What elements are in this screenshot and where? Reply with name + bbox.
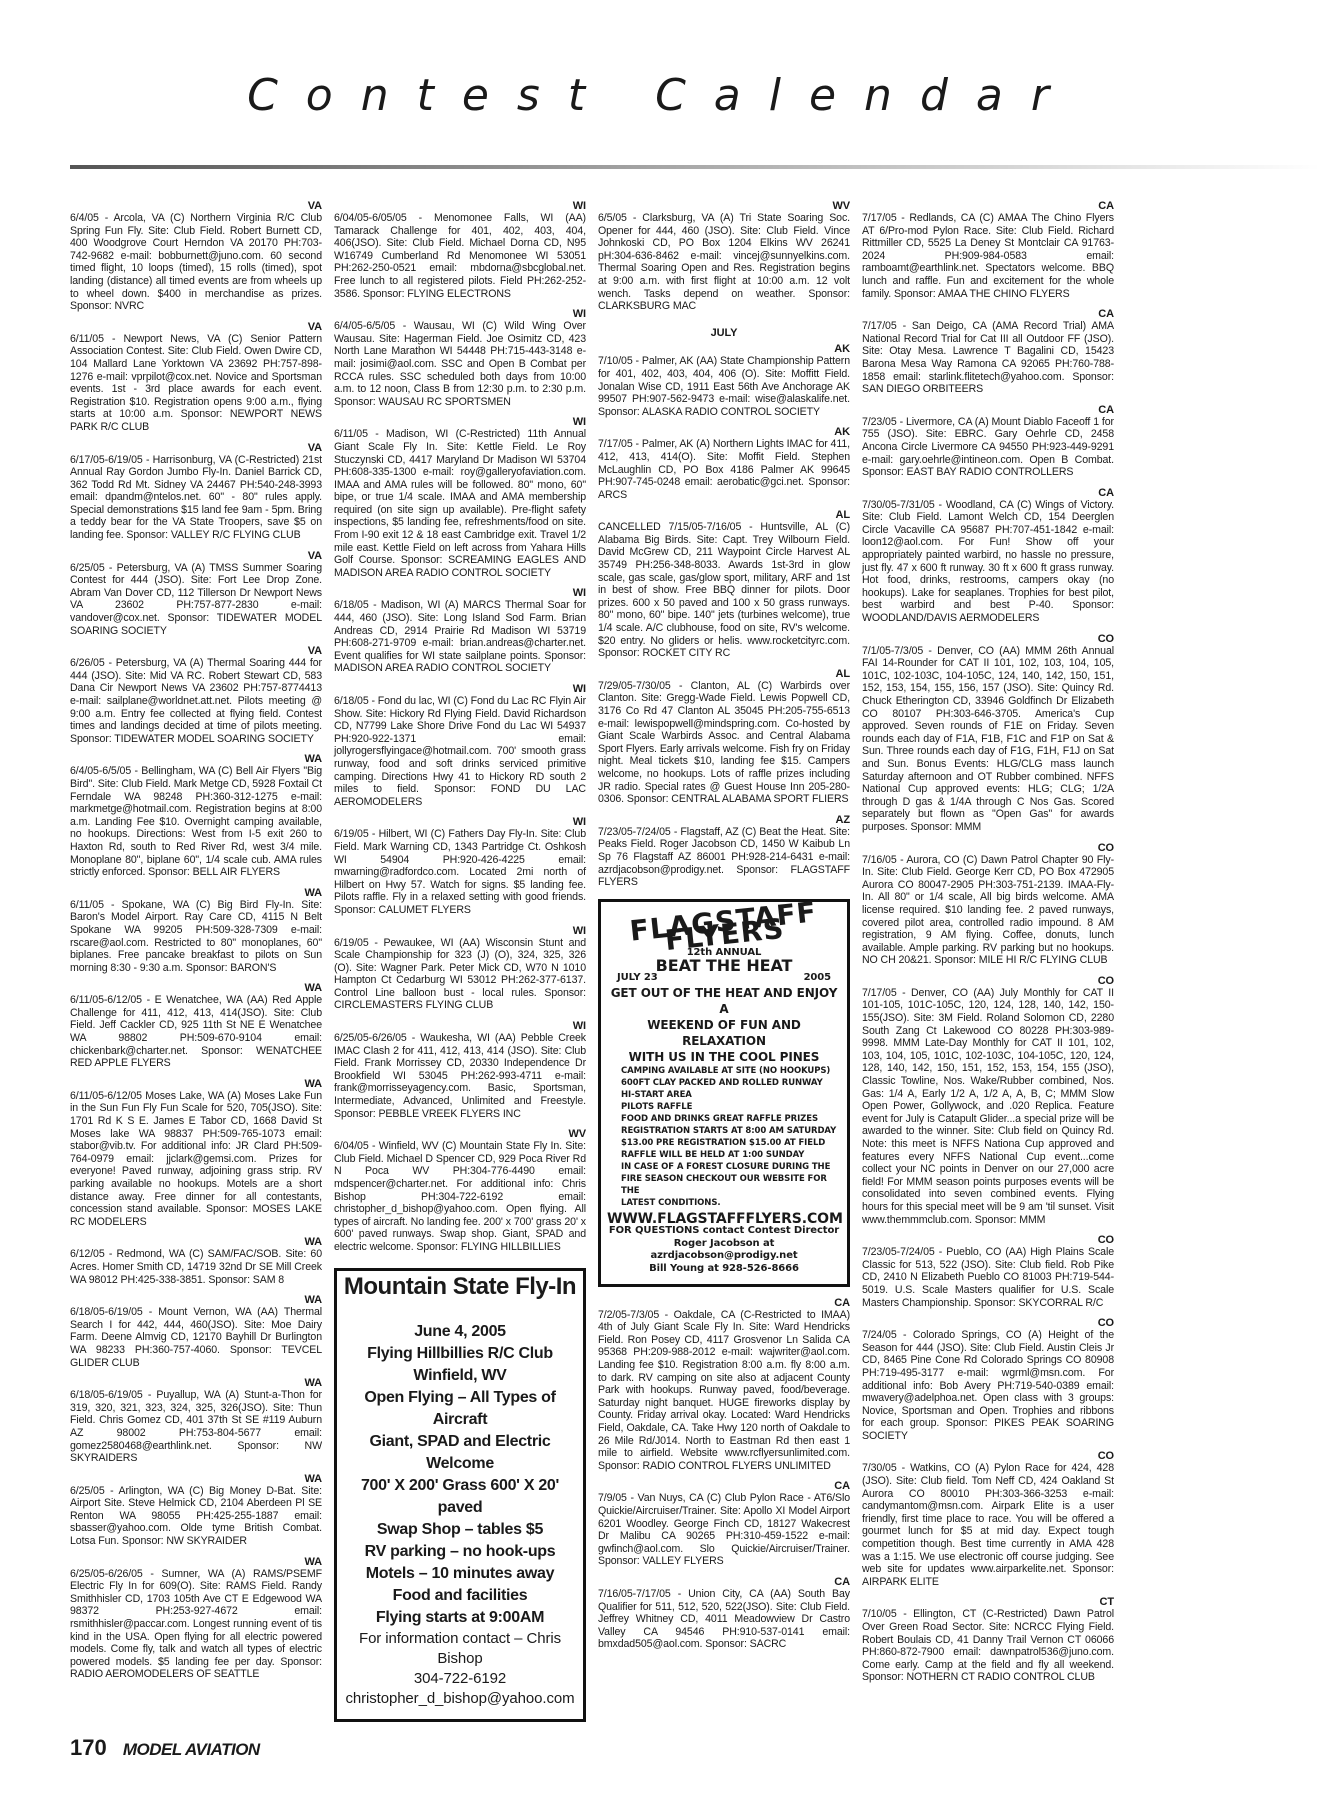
entry-text: 6/4/05 - Arcola, VA (C) Northern Virgini… — [70, 212, 322, 313]
entry-text: 6/25/05 - Petersburg, VA (A) TMSS Summer… — [70, 562, 322, 638]
calendar-entry: CA7/17/05 - San Deigo, CA (AMA Record Tr… — [862, 308, 1114, 396]
calendar-entry: WI6/04/05-6/05/05 - Menomonee Falls, WI … — [334, 200, 586, 300]
ad-headline: BEAT THE HEAT — [607, 960, 841, 973]
ad-small-line: IN CASE OF A FOREST CLOSURE DURING THE — [607, 1161, 841, 1173]
state-label: CA — [862, 308, 1114, 320]
calendar-entry: AK7/17/05 - Palmer, AK (A) Northern Ligh… — [598, 426, 850, 501]
calendar-entry: WA6/18/05-6/19/05 - Mount Vernon, WA (AA… — [70, 1294, 322, 1369]
ad-questions: FOR QUESTIONS contact Contest Director — [607, 1225, 841, 1238]
entry-text: 6/04/05 - Winfield, WV (C) Mountain Stat… — [334, 1140, 586, 1253]
entry-text: 6/11/05 - Madison, WI (C-Restricted) 11t… — [334, 428, 586, 579]
state-label: CO — [862, 1450, 1114, 1462]
column-4: CA7/17/05 - Redlands, CA (C) AMAA The Ch… — [862, 200, 1114, 1722]
calendar-entry: WI6/18/05 - Madison, WI (A) MARCS Therma… — [334, 587, 586, 675]
calendar-entry: WA6/25/05 - Arlington, WA (C) Big Money … — [70, 1473, 322, 1548]
ad-small-line: FOOD AND DRINKS GREAT RAFFLE PRIZES — [607, 1113, 841, 1125]
calendar-entry: CA7/17/05 - Redlands, CA (C) AMAA The Ch… — [862, 200, 1114, 300]
calendar-entry: WI6/4/05-6/5/05 - Wausau, WI (C) Wild Wi… — [334, 308, 586, 408]
ad-line: Flying starts at 9:00AM — [343, 1607, 577, 1629]
ad-small-line: CAMPING AVAILABLE AT SITE (NO HOOKUPS) — [607, 1065, 841, 1077]
state-label: CA — [862, 404, 1114, 416]
entry-text: 7/30/05-7/31/05 - Woodland, CA (C) Wings… — [862, 499, 1114, 625]
state-label: CA — [862, 200, 1114, 212]
entry-text: 6/4/05-6/5/05 - Bellingham, WA (C) Bell … — [70, 765, 322, 878]
ad-url[interactable]: WWW.FLAGSTAFFFLYERS.COM — [607, 1213, 841, 1226]
state-label: VA — [70, 321, 322, 333]
calendar-entry: CO7/1/05-7/3/05 - Denver, CO (AA) MMM 26… — [862, 633, 1114, 834]
calendar-entry: VA6/25/05 - Petersburg, VA (A) TMSS Summ… — [70, 550, 322, 638]
state-label: WA — [70, 1473, 322, 1485]
calendar-entry: CO7/23/05-7/24/05 - Pueblo, CO (AA) High… — [862, 1234, 1114, 1309]
calendar-entry: WI6/19/05 - Hilbert, WI (C) Fathers Day … — [334, 816, 586, 916]
state-label: CT — [862, 1596, 1114, 1608]
state-label: CA — [598, 1480, 850, 1492]
state-label: VA — [70, 550, 322, 562]
state-label: WA — [70, 887, 322, 899]
state-label: VA — [70, 442, 322, 454]
ad-line: Swap Shop – tables $5 — [343, 1519, 577, 1541]
ad-line: June 4, 2005 — [343, 1321, 577, 1343]
calendar-entry: VA6/11/05 - Newport News, VA (C) Senior … — [70, 321, 322, 434]
page-footer: 170 MODEL AVIATION — [70, 1735, 260, 1761]
entry-text: 6/4/05-6/5/05 - Wausau, WI (C) Wild Wing… — [334, 320, 586, 408]
state-label: WA — [70, 753, 322, 765]
calendar-entry: CO7/30/05 - Watkins, CO (A) Pylon Race f… — [862, 1450, 1114, 1588]
ad-small-line: 600FT CLAY PACKED AND ROLLED RUNWAY — [607, 1077, 841, 1089]
ad-big-line: WITH US IN THE COOL PINES — [607, 1049, 841, 1065]
entry-text: 6/17/05-6/19/05 - Harrisonburg, VA (C-Re… — [70, 454, 322, 542]
entry-text: 6/11/05 - Spokane, WA (C) Big Bird Fly-I… — [70, 899, 322, 975]
magazine-name: MODEL AVIATION — [123, 1740, 260, 1759]
state-label: CA — [862, 487, 1114, 499]
column-2: WI6/04/05-6/05/05 - Menomonee Falls, WI … — [334, 200, 586, 1722]
entry-text: 6/18/05-6/19/05 - Mount Vernon, WA (AA) … — [70, 1306, 322, 1369]
entry-text: 7/17/05 - San Deigo, CA (AMA Record Tria… — [862, 320, 1114, 396]
page-title: Contest Calendar — [0, 70, 1324, 121]
ad-contact-2: Bill Young at 928-526-8666 — [607, 1263, 841, 1276]
ad-contact: For information contact – Chris Bishop — [343, 1629, 577, 1669]
calendar-entry: WI6/19/05 - Pewaukee, WI (AA) Wisconsin … — [334, 925, 586, 1013]
ad-big-line: GET OUT OF THE HEAT AND ENJOY A — [607, 985, 841, 1017]
ad-line: RV parking – no hook-ups — [343, 1541, 577, 1563]
state-label: CO — [862, 1234, 1114, 1246]
state-label: CO — [862, 1317, 1114, 1329]
state-label: WI — [334, 683, 586, 695]
ad-small-line: FIRE SEASON CHECKOUT OUR WEBSITE FOR THE — [607, 1173, 841, 1197]
calendar-entry: WV6/04/05 - Winfield, WV (C) Mountain St… — [334, 1128, 586, 1253]
state-label: AK — [598, 426, 850, 438]
ad-contact-1: Roger Jacobson at azrdjacobson@prodigy.n… — [607, 1238, 841, 1263]
entry-text: 6/5/05 - Clarksburg, VA (A) Tri State So… — [598, 212, 850, 313]
entry-text: 7/30/05 - Watkins, CO (A) Pylon Race for… — [862, 1462, 1114, 1588]
ad-line: Open Flying – All Types of Aircraft — [343, 1387, 577, 1431]
ad-small-line: $13.00 PRE REGISTRATION $15.00 AT FIELD — [607, 1137, 841, 1149]
ad-line: Winfield, WV — [343, 1365, 577, 1387]
calendar-entry: WI6/11/05 - Madison, WI (C-Restricted) 1… — [334, 416, 586, 579]
calendar-entry: VA6/26/05 - Petersburg, VA (A) Thermal S… — [70, 645, 322, 745]
calendar-entry: WA6/25/05-6/26/05 - Sumner, WA (A) RAMS/… — [70, 1556, 322, 1681]
ad-small-line: RAFFLE WILL BE HELD AT 1:00 SUNDAY — [607, 1149, 841, 1161]
entry-text: 6/25/05 - Arlington, WA (C) Big Money D-… — [70, 1485, 322, 1548]
calendar-entry: AZ7/23/05-7/24/05 - Flagstaff, AZ (C) Be… — [598, 814, 850, 889]
entry-text: 6/25/05-6/26/05 - Waukesha, WI (AA) Pebb… — [334, 1032, 586, 1120]
mountain-state-ad: Mountain State Fly-InJune 4, 2005Flying … — [334, 1268, 586, 1723]
entry-text: 7/16/05-7/17/05 - Union City, CA (AA) So… — [598, 1588, 850, 1651]
ad-small-line: LATEST CONDITIONS. — [607, 1197, 841, 1209]
calendar-entry: AL7/29/05-7/30/05 - Clanton, AL (C) Warb… — [598, 668, 850, 806]
entry-text: 6/18/05 - Fond du lac, WI (C) Fond du La… — [334, 695, 586, 808]
entry-text: 7/17/05 - Redlands, CA (C) AMAA The Chin… — [862, 212, 1114, 300]
ad-line: 700' X 200' Grass 600' X 20' paved — [343, 1475, 577, 1519]
entry-text: 6/11/05 - Newport News, VA (C) Senior Pa… — [70, 333, 322, 434]
page-number: 170 — [70, 1735, 107, 1760]
calendar-entry: WA6/4/05-6/5/05 - Bellingham, WA (C) Bel… — [70, 753, 322, 878]
ad-brand: FLAGSTAFF FLYERS — [606, 904, 841, 954]
calendar-entry: WA6/18/05-6/19/05 - Puyallup, WA (A) Stu… — [70, 1377, 322, 1465]
entry-text: 7/9/05 - Van Nuys, CA (C) Club Pylon Rac… — [598, 1492, 850, 1568]
calendar-columns: VA6/4/05 - Arcola, VA (C) Northern Virgi… — [70, 200, 1320, 1722]
state-label: CA — [598, 1297, 850, 1309]
state-label: WI — [334, 587, 586, 599]
ad-small-line: PILOTS RAFFLE — [607, 1101, 841, 1113]
ad-date-right: 2005 — [804, 972, 831, 985]
state-label: WI — [334, 200, 586, 212]
calendar-entry: VA6/17/05-6/19/05 - Harrisonburg, VA (C-… — [70, 442, 322, 542]
state-label: CA — [598, 1576, 850, 1588]
entry-text: 7/23/05-7/24/05 - Pueblo, CO (AA) High P… — [862, 1246, 1114, 1309]
ad-big-line: WEEKEND OF FUN AND RELAXATION — [607, 1017, 841, 1049]
calendar-entry: WI6/25/05-6/26/05 - Waukesha, WI (AA) Pe… — [334, 1020, 586, 1120]
entry-text: 6/19/05 - Hilbert, WI (C) Fathers Day Fl… — [334, 828, 586, 916]
calendar-entry: WA6/11/05-6/12/05 Moses Lake, WA (A) Mos… — [70, 1078, 322, 1229]
state-label: AK — [598, 343, 850, 355]
entry-text: 6/19/05 - Pewaukee, WI (AA) Wisconsin St… — [334, 937, 586, 1013]
state-label: AL — [598, 509, 850, 521]
state-label: WI — [334, 1020, 586, 1032]
calendar-entry: CA7/16/05-7/17/05 - Union City, CA (AA) … — [598, 1576, 850, 1651]
calendar-entry: WI6/18/05 - Fond du lac, WI (C) Fond du … — [334, 683, 586, 808]
state-label: WA — [70, 1556, 322, 1568]
calendar-entry: ALCANCELLED 7/15/05-7/16/05 - Huntsville… — [598, 509, 850, 660]
entry-text: 7/10/05 - Ellington, CT (C-Restricted) D… — [862, 1608, 1114, 1684]
state-label: AZ — [598, 814, 850, 826]
state-label: WA — [70, 982, 322, 994]
ad-date-left: JULY 23 — [617, 972, 658, 985]
calendar-entry: WV6/5/05 - Clarksburg, VA (A) Tri State … — [598, 200, 850, 313]
entry-text: 6/11/05-6/12/05 - E Wenatchee, WA (AA) R… — [70, 994, 322, 1070]
calendar-entry: WA6/11/05-6/12/05 - E Wenatchee, WA (AA)… — [70, 982, 322, 1070]
state-label: AL — [598, 668, 850, 680]
entry-text: 6/18/05-6/19/05 - Puyallup, WA (A) Stunt… — [70, 1389, 322, 1465]
entry-text: 6/25/05-6/26/05 - Sumner, WA (A) RAMS/PS… — [70, 1568, 322, 1681]
calendar-entry: CO7/17/05 - Denver, CO (AA) July Monthly… — [862, 975, 1114, 1226]
calendar-entry: WA6/11/05 - Spokane, WA (C) Big Bird Fly… — [70, 887, 322, 975]
entry-text: 7/23/05 - Livermore, CA (A) Mount Diablo… — [862, 416, 1114, 479]
entry-text: 7/23/05-7/24/05 - Flagstaff, AZ (C) Beat… — [598, 826, 850, 889]
entry-text: 7/10/05 - Palmer, AK (AA) State Champion… — [598, 355, 850, 418]
entry-text: 6/26/05 - Petersburg, VA (A) Thermal Soa… — [70, 657, 322, 745]
calendar-entry: CA7/2/05-7/3/05 - Oakdale, CA (C-Restric… — [598, 1297, 850, 1473]
calendar-entry: CA7/30/05-7/31/05 - Woodland, CA (C) Win… — [862, 487, 1114, 625]
state-label: WI — [334, 308, 586, 320]
entry-text: 7/16/05 - Aurora, CO (C) Dawn Patrol Cha… — [862, 854, 1114, 967]
entry-text: 6/04/05-6/05/05 - Menomonee Falls, WI (A… — [334, 212, 586, 300]
state-label: CO — [862, 975, 1114, 987]
ad-small-line: REGISTRATION STARTS AT 8:00 AM SATURDAY — [607, 1125, 841, 1137]
calendar-entry: CA7/9/05 - Van Nuys, CA (C) Club Pylon R… — [598, 1480, 850, 1568]
state-label: VA — [70, 200, 322, 212]
ad-headline: Mountain State Fly-In — [343, 1281, 577, 1294]
ad-phone: 304-722-6192 — [343, 1669, 577, 1689]
calendar-entry: VA6/4/05 - Arcola, VA (C) Northern Virgi… — [70, 200, 322, 313]
ad-email[interactable]: christopher_d_bishop@yahoo.com — [343, 1689, 577, 1709]
ad-line: Motels – 10 minutes away — [343, 1563, 577, 1585]
entry-text: CANCELLED 7/15/05-7/16/05 - Huntsville, … — [598, 521, 850, 660]
ad-line: Giant, SPAD and Electric Welcome — [343, 1431, 577, 1475]
state-label: WI — [334, 416, 586, 428]
column-3: WV6/5/05 - Clarksburg, VA (A) Tri State … — [598, 200, 850, 1722]
state-label: WA — [70, 1377, 322, 1389]
state-label: WA — [70, 1078, 322, 1090]
ad-line: Food and facilities — [343, 1585, 577, 1607]
entry-text: 7/2/05-7/3/05 - Oakdale, CA (C-Restricte… — [598, 1309, 850, 1473]
state-label: WI — [334, 925, 586, 937]
entry-text: 6/11/05-6/12/05 Moses Lake, WA (A) Moses… — [70, 1090, 322, 1229]
entry-text: 7/29/05-7/30/05 - Clanton, AL (C) Warbir… — [598, 680, 850, 806]
state-label: WI — [334, 816, 586, 828]
calendar-entry: CO7/16/05 - Aurora, CO (C) Dawn Patrol C… — [862, 842, 1114, 967]
state-label: CO — [862, 842, 1114, 854]
calendar-entry: WA6/12/05 - Redmond, WA (C) SAM/FAC/SOB.… — [70, 1236, 322, 1286]
calendar-entry: AK7/10/05 - Palmer, AK (AA) State Champi… — [598, 343, 850, 418]
entry-text: 7/17/05 - Palmer, AK (A) Northern Lights… — [598, 438, 850, 501]
calendar-entry: CT7/10/05 - Ellington, CT (C-Restricted)… — [862, 1596, 1114, 1684]
ad-small-line: HI-START AREA — [607, 1089, 841, 1101]
calendar-entry: CO7/24/05 - Colorado Springs, CO (A) Hei… — [862, 1317, 1114, 1442]
title-divider — [70, 165, 1320, 169]
entry-text: 6/18/05 - Madison, WI (A) MARCS Thermal … — [334, 599, 586, 675]
entry-text: 7/17/05 - Denver, CO (AA) July Monthly f… — [862, 987, 1114, 1226]
entry-text: 7/24/05 - Colorado Springs, CO (A) Heigh… — [862, 1329, 1114, 1442]
column-1: VA6/4/05 - Arcola, VA (C) Northern Virgi… — [70, 200, 322, 1722]
flagstaff-flyers-ad: FLAGSTAFF FLYERS12th ANNUALBEAT THE HEAT… — [598, 899, 850, 1287]
state-label: VA — [70, 645, 322, 657]
state-label: WA — [70, 1294, 322, 1306]
state-label: WV — [598, 200, 850, 212]
entry-text: 7/1/05-7/3/05 - Denver, CO (AA) MMM 26th… — [862, 645, 1114, 834]
month-heading: JULY — [598, 327, 850, 340]
state-label: WA — [70, 1236, 322, 1248]
ad-line: Flying Hillbillies R/C Club — [343, 1343, 577, 1365]
state-label: WV — [334, 1128, 586, 1140]
calendar-entry: CA7/23/05 - Livermore, CA (A) Mount Diab… — [862, 404, 1114, 479]
state-label: CO — [862, 633, 1114, 645]
entry-text: 6/12/05 - Redmond, WA (C) SAM/FAC/SOB. S… — [70, 1248, 322, 1286]
